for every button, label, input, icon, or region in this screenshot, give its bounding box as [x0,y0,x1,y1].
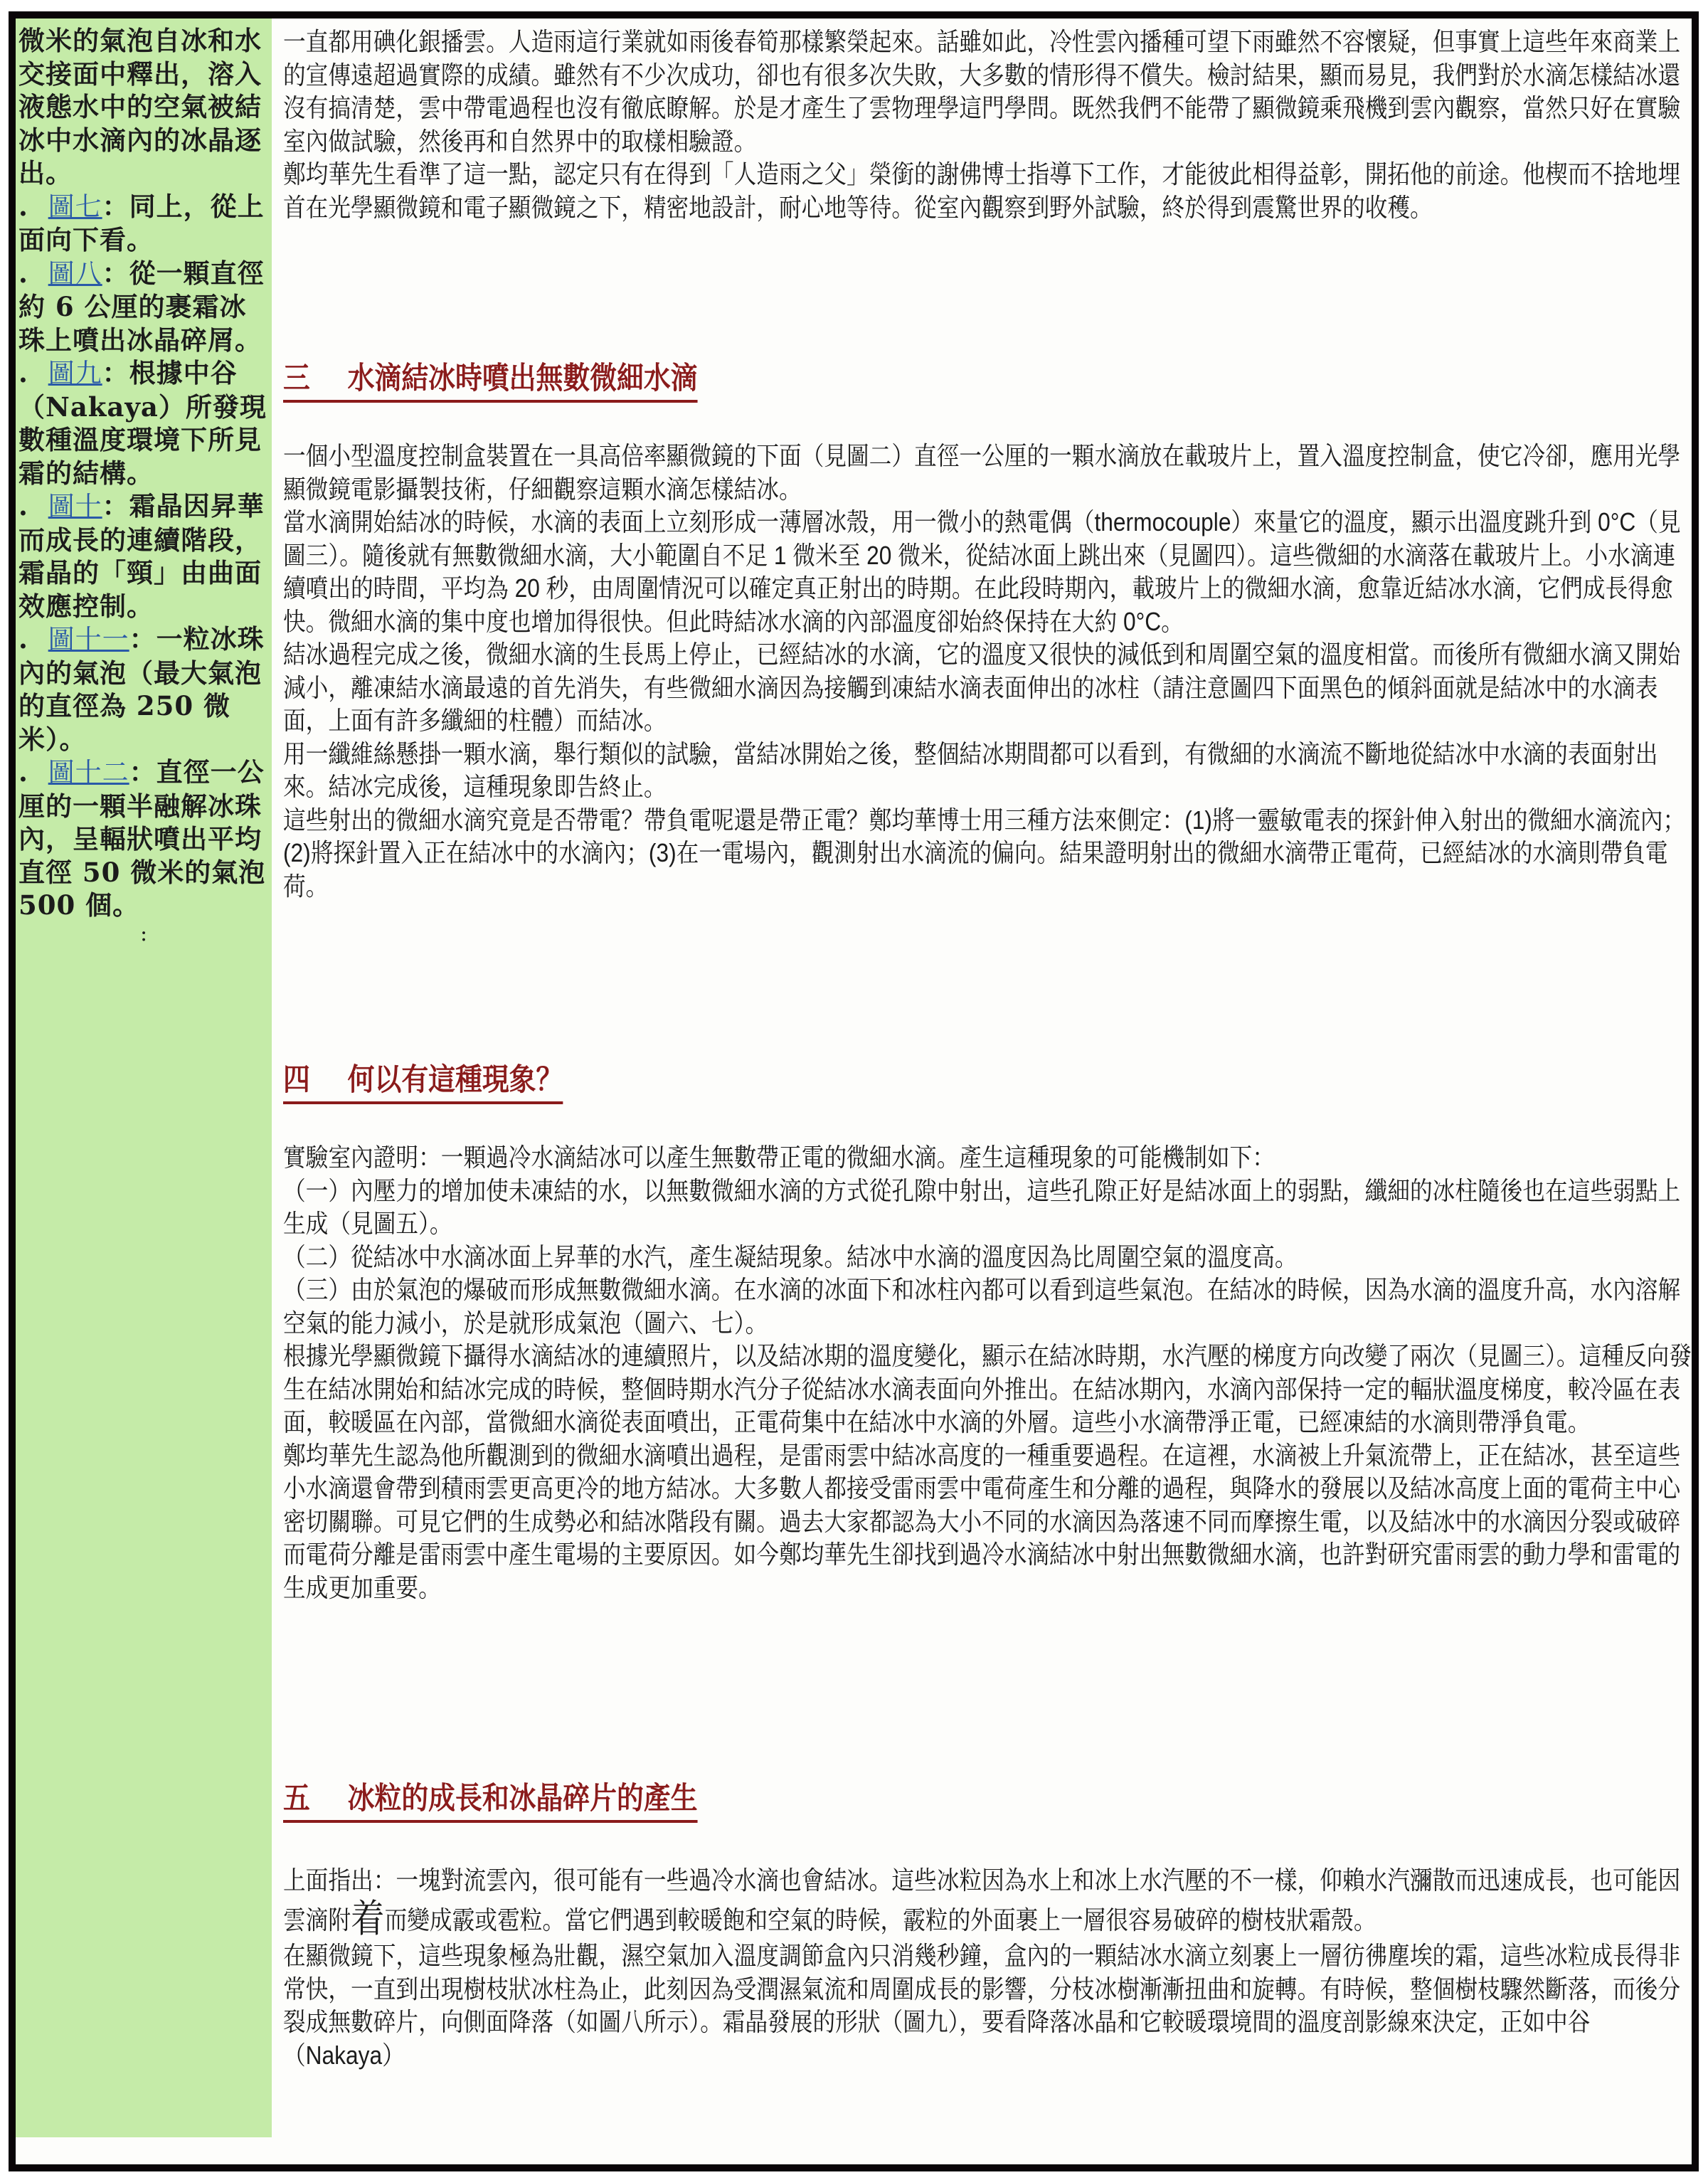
bullet: . [18,258,28,289]
section-heading: 三水滴結冰時噴出無數微細水滴 [283,359,698,403]
bullet: . [18,357,28,388]
figure-caption-sidebar: 微米的氣泡自冰和水交接面中釋出，溶入液態水中的空氣被結冰中水滴內的冰晶逐出。 .… [16,18,272,2137]
section-4: 四何以有這種現象？ [283,1060,601,1104]
figure-9-link[interactable]: 圖九 [48,358,102,388]
bullet: . [18,756,28,788]
bullet: . [18,623,28,655]
paragraph: 一個小型溫度控制盒裝置在一具高倍率顯微鏡的下面（見圖二）直徑一公厘的一顆水滴放在… [283,440,1692,506]
figure-12-link[interactable]: 圖十二 [48,757,129,788]
paragraph: 一直都用碘化銀播雲。人造雨這行業就如雨後春筍那樣繁榮起來。話雖如此，冷性雲內播種… [283,26,1692,158]
paragraph: 用一纖維絲懸掛一顆水滴，舉行類似的試驗，當結冰開始之後，整個結冰期間都可以看到，… [283,738,1692,804]
paragraph: 根據光學顯微鏡下攝得水滴結冰的連續照片，以及結冰期的溫度變化，顯示在結冰時期，水… [283,1340,1692,1439]
text-run: 而變成霰或雹粒。當它們遇到較暖飽和空氣的時候，霰粒的外面裹上一層很容易破碎的樹枝… [385,1905,1377,1935]
paragraph: （二）從結冰中水滴冰面上昇華的水汽，產生凝結現象。結冰中水滴的溫度因為比周圍空氣… [283,1241,1692,1274]
figure-10-link[interactable]: 圖十 [48,491,102,522]
paragraph: 結冰過程完成之後，微細水滴的生長馬上停止，已經結冰的水滴，它的溫度又很快的減低到… [283,638,1692,738]
page-frame: 微米的氣泡自冰和水交接面中釋出，溶入液態水中的空氣被結冰中水滴內的冰晶逐出。 .… [9,11,1699,2171]
section-heading: 四何以有這種現象？ [283,1060,563,1104]
decorative-mark: : [18,924,269,945]
intro-section: 一直都用碘化銀播雲。人造雨這行業就如雨後春筍那樣繁榮起來。話雖如此，冷性雲內播種… [283,26,1708,224]
section-title: 何以有這種現象？ [348,1063,563,1097]
paragraph: 當水滴開始結冰的時候，水滴的表面上立刻形成一薄層冰殼，用一微小的熱電偶（ther… [283,506,1692,638]
section-number: 四 [283,1063,310,1097]
bullet: . [18,191,28,222]
figure-caption-11: . 圖十一：一粒冰珠內的氣泡（最大氣泡的直徑為 250 微米）。 [18,623,269,756]
section-number: 五 [283,1782,310,1816]
section-heading: 五冰粒的成長和冰晶碎片的產生 [283,1779,698,1823]
paragraph: 這些射出的微細水滴究竟是否帶電？帶負電呢還是帶正電？鄭均華博士用三種方法來側定：… [283,804,1692,904]
figure-7-link[interactable]: 圖七 [48,191,102,222]
figure-11-link[interactable]: 圖十一 [48,624,129,655]
section-5-body: 上面指出：一塊對流雲內，很可能有一些過冷水滴也會結冰。這些冰粒因為水上和冰上水汽… [283,1861,1708,2072]
paragraph: 上面指出：一塊對流雲內，很可能有一些過冷水滴也會結冰。這些冰粒因為水上和冰上水汽… [283,1861,1692,1940]
figure-caption-10: . 圖十：霜晶因昇華而成長的連續階段，霜晶的「頸」由曲面效應控制。 [18,490,269,623]
figure-caption-7: . 圖七：同上，從上面向下看。 [18,190,269,257]
paragraph: 在顯微鏡下，這些現象極為壯觀，濕空氣加入溫度調節盒內只消幾秒鐘，盒內的一顆結冰水… [283,1940,1692,2072]
section-3-body: 一個小型溫度控制盒裝置在一具高倍率顯微鏡的下面（見圖二）直徑一公厘的一顆水滴放在… [283,440,1708,903]
section-5: 五冰粒的成長和冰晶碎片的產生 [283,1779,754,1823]
section-title: 水滴結冰時噴出無數微細水滴 [348,361,698,396]
paragraph: 鄭均華先生認為他所觀測到的微細水滴噴出過程，是雷雨雲中結冰高度的一種重要過程。在… [283,1439,1692,1605]
bullet: . [18,490,28,522]
section-3: 三水滴結冰時噴出無數微細水滴 [283,359,754,403]
figure-8-link[interactable]: 圖八 [48,258,102,289]
section-title: 冰粒的成長和冰晶碎片的產生 [348,1782,698,1816]
section-4-body: 實驗室內證明：一顆過冷水滴結冰可以產生無數帶正電的微細水滴。產生這種現象的可能機… [283,1141,1708,1604]
enlarged-character: 着 [351,1898,385,1940]
section-number: 三 [283,361,310,396]
figure-caption-8: . 圖八：從一顆直徑約 6 公厘的裹霜冰珠上噴出冰晶碎屑。 [18,257,269,357]
sidebar-intro-text: 微米的氣泡自冰和水交接面中釋出，溶入液態水中的空氣被結冰中水滴內的冰晶逐出。 [18,24,269,190]
figure-caption-12: . 圖十二：直徑一公厘的一顆半融解冰珠內，呈輻狀噴出平均直徑 50 微米的氣泡 … [18,756,269,922]
figure-caption-9: . 圖九：根據中谷（Nakaya）所發現數種溫度環境下所見霜的結構。 [18,356,269,490]
paragraph: 實驗室內證明：一顆過冷水滴結冰可以產生無數帶正電的微細水滴。產生這種現象的可能機… [283,1141,1692,1175]
paragraph: （三）由於氣泡的爆破而形成無數微細水滴。在水滴的冰面下和冰柱內都可以看到這些氣泡… [283,1274,1692,1340]
paragraph: （一）內壓力的增加使未凍結的水，以無數微細水滴的方式從孔隙中射出，這些孔隙正好是… [283,1175,1692,1241]
paragraph: 鄭均華先生看準了這一點，認定只有在得到「人造雨之父」榮銜的謝佛博士指導下工作，才… [283,158,1692,224]
